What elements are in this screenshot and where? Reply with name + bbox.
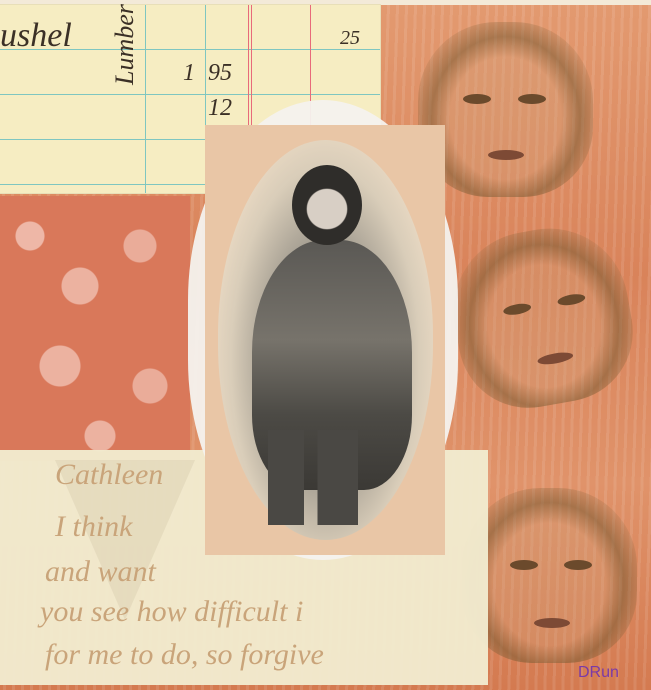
child-legs [268, 430, 358, 525]
letter-line: Cathleen [55, 458, 163, 492]
ledger-column-line [145, 5, 146, 193]
letter-line: I think [55, 510, 132, 544]
face-eye [557, 292, 586, 307]
face-eye [503, 302, 532, 317]
face-stamp-bottom [462, 488, 637, 663]
ledger-number: 95 [208, 60, 232, 87]
face-eye [518, 94, 546, 104]
face-eye [510, 560, 538, 570]
textured-paint-panel [0, 196, 190, 461]
face-mouth [537, 350, 574, 366]
ledger-word: ushel [0, 17, 72, 55]
letter-line: you see how difficult i [40, 595, 303, 629]
face-mouth [488, 150, 524, 160]
ledger-number: 1 [183, 60, 195, 87]
face-mouth [534, 618, 570, 628]
face-eye [564, 560, 592, 570]
ledger-number: 12 [208, 95, 232, 122]
face-eye [463, 94, 491, 104]
letter-line: for me to do, so forgive [45, 638, 324, 672]
ledger-number: 25 [340, 27, 360, 50]
ledger-vertical-text: Lumber [110, 4, 140, 85]
child-head [292, 165, 362, 245]
letter-line: and want [45, 555, 156, 589]
artist-signature: DRun [578, 664, 619, 682]
